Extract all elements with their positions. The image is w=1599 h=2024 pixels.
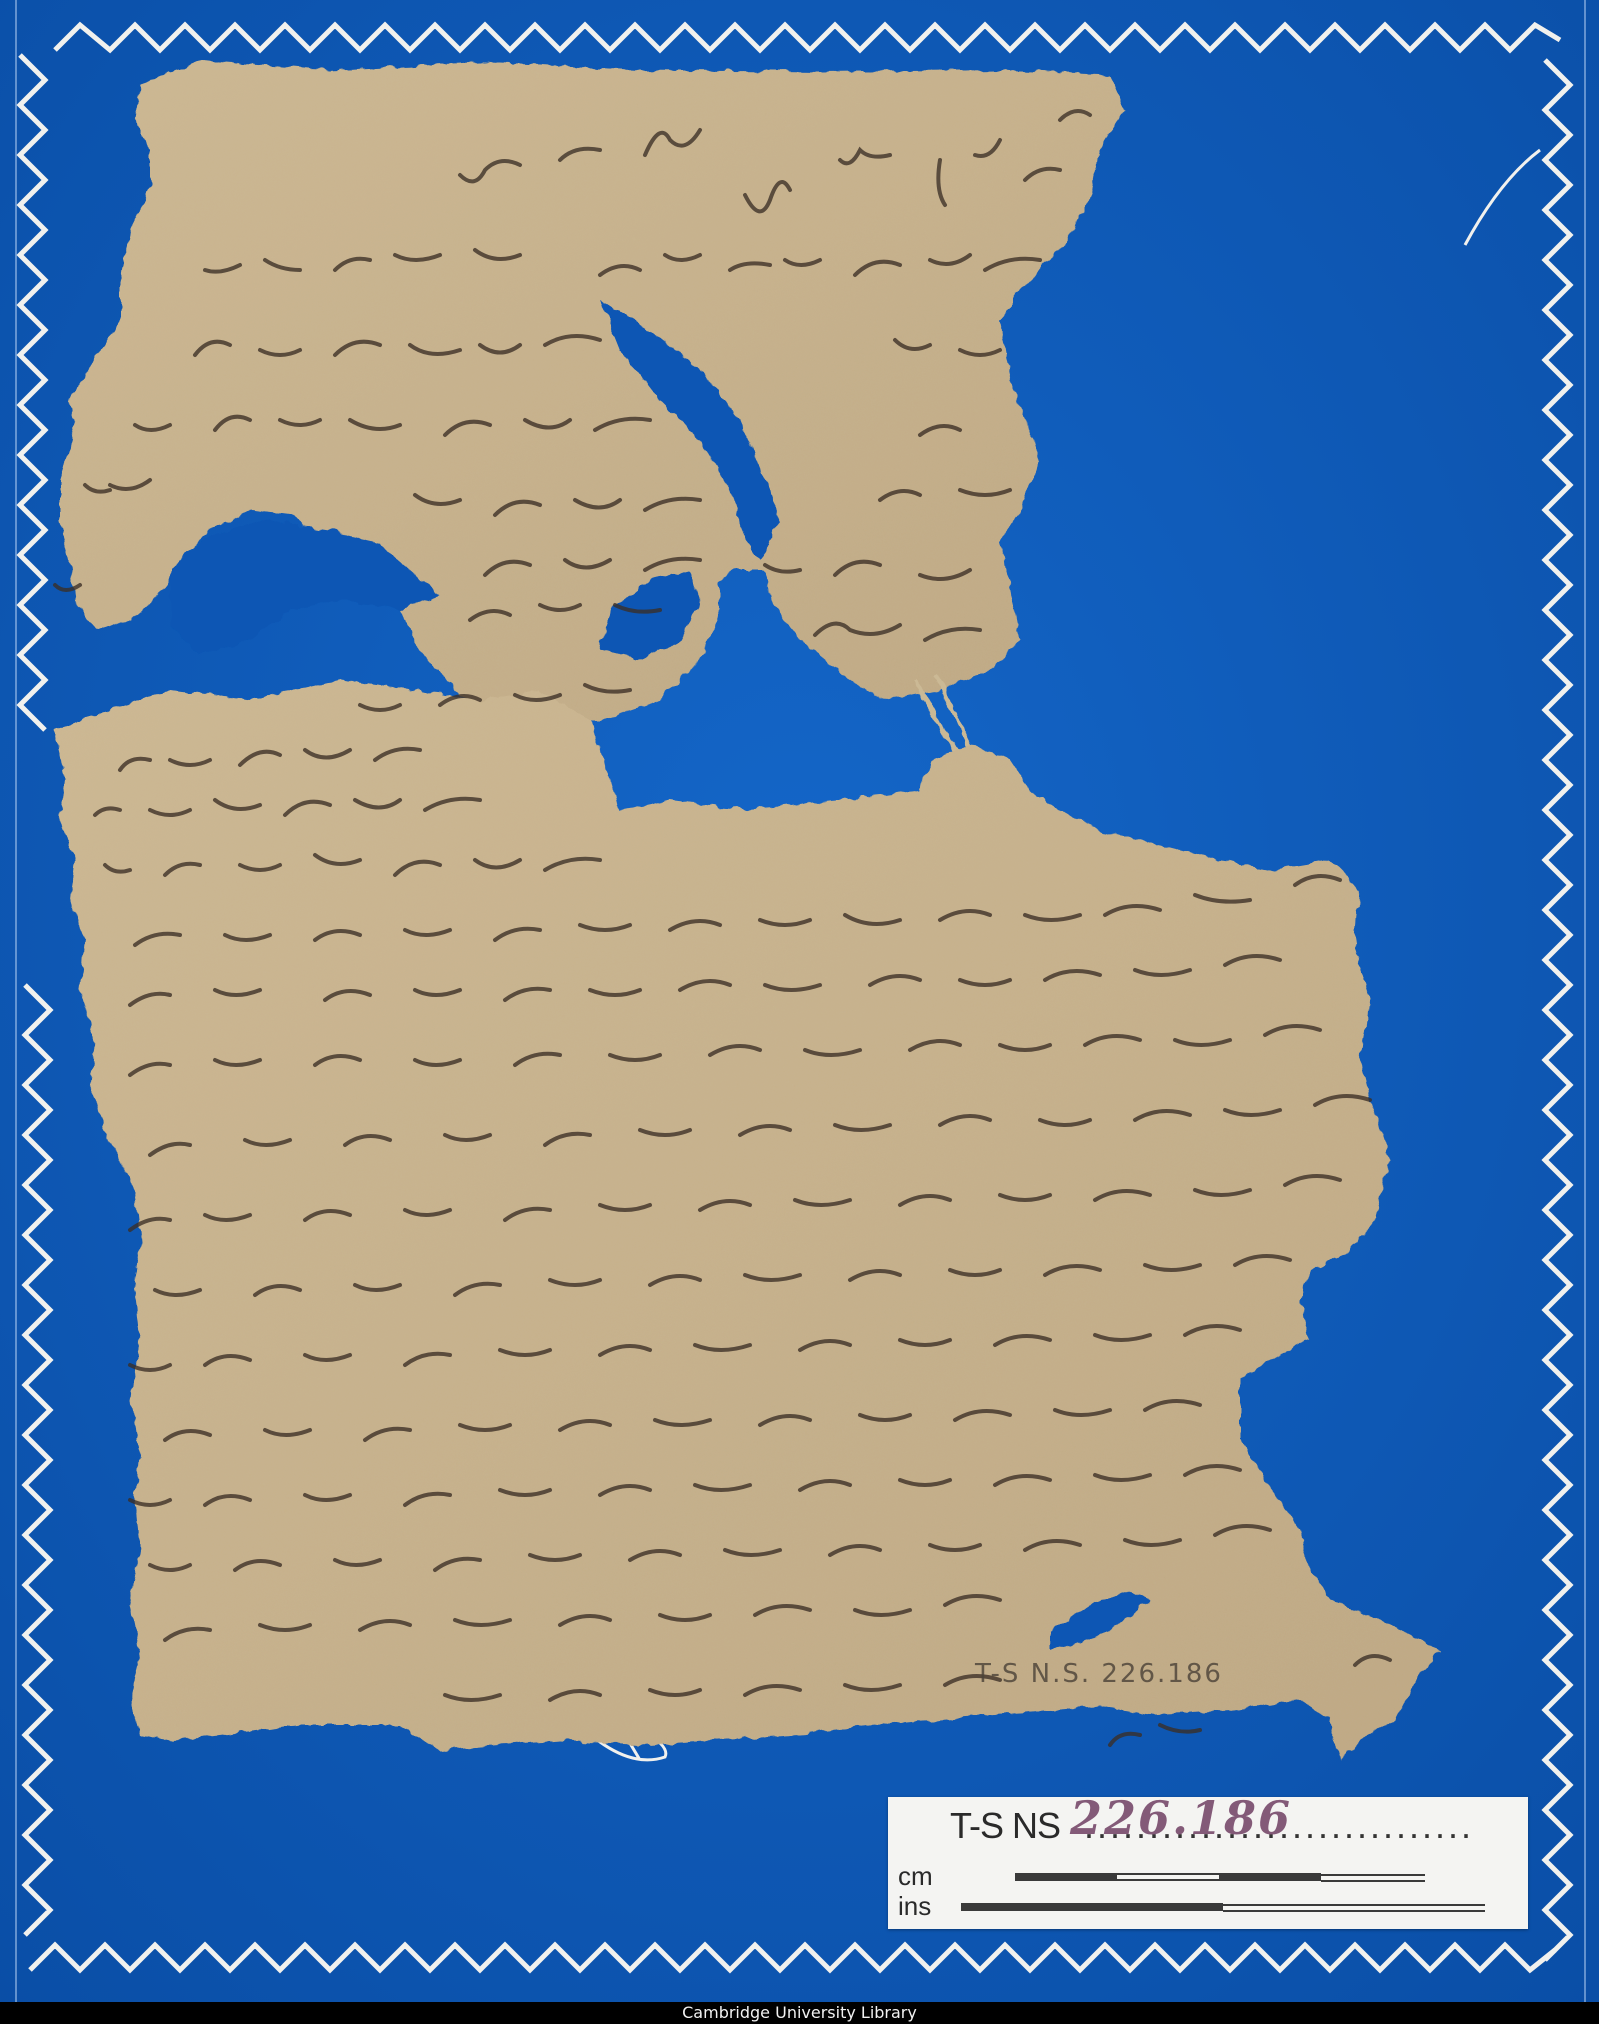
scale-cm-segment-3 <box>1219 1873 1321 1881</box>
shelfmark-label-card: T-S NS .............................. 22… <box>888 1797 1528 1929</box>
footer-credit-text: Cambridge University Library <box>682 2003 917 2022</box>
label-collection-prefix: T-S NS <box>950 1805 1060 1847</box>
scale-cm-label: cm <box>898 1861 933 1892</box>
scale-ins-label: ins <box>898 1891 931 1922</box>
label-shelfmark-number: 226.186 <box>1070 1791 1292 1845</box>
scale-ins-segment-2 <box>1223 1904 1485 1912</box>
scale-cm-segment-4 <box>1321 1874 1425 1882</box>
scale-cm-segment-2 <box>1117 1873 1219 1881</box>
pencil-shelfmark-note: T-S N.S. 226.186 <box>974 1659 1223 1689</box>
scale-ins-segment-1 <box>961 1903 1223 1911</box>
footer-credit-bar: Cambridge University Library <box>0 2002 1599 2024</box>
scale-cm-segment-1 <box>1015 1873 1117 1881</box>
manuscript-photograph: T-S N.S. 226.186 T-S NS ................… <box>0 0 1599 2002</box>
photo-scene: T-S N.S. 226.186 <box>0 0 1599 2002</box>
